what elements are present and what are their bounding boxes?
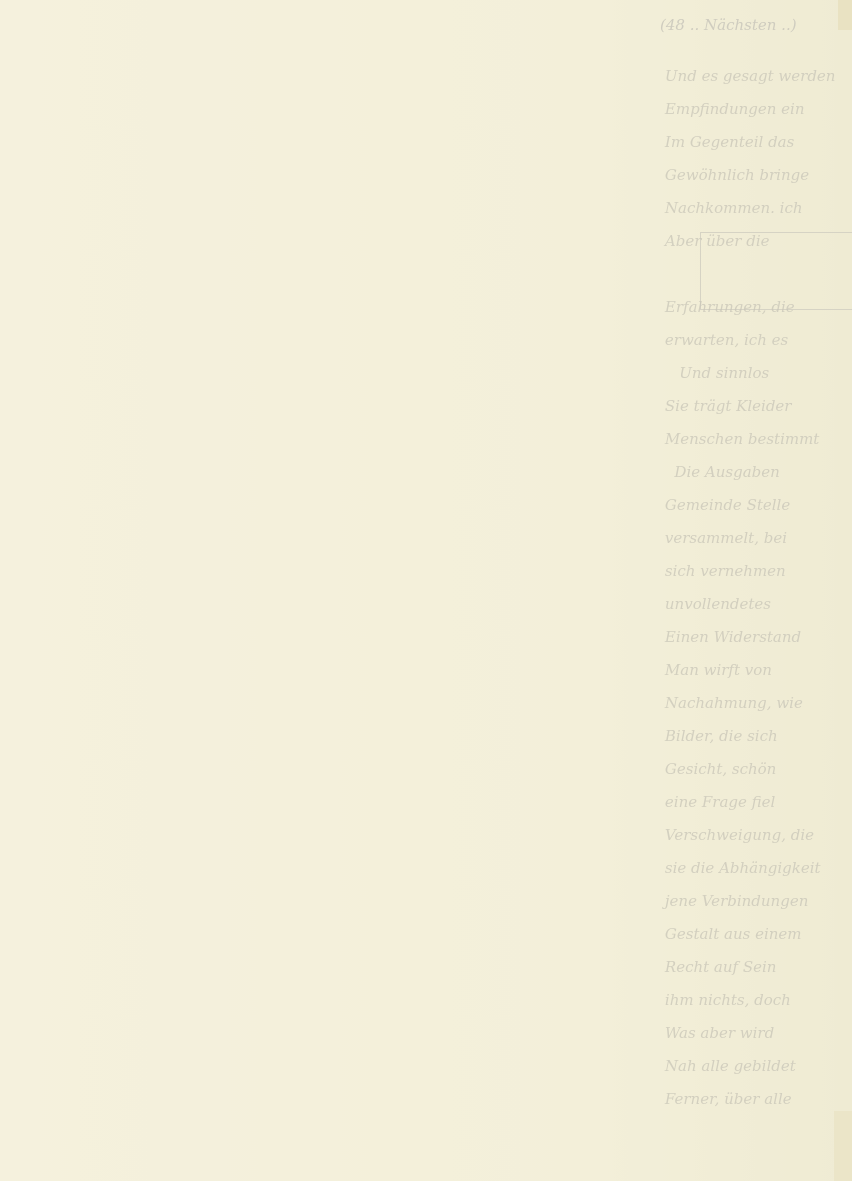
page-edge	[838, 0, 852, 30]
bleed-through-text: Und es gesagt werden Empfindungen ein Im…	[560, 60, 852, 1160]
bleed-through-header: (48 .. Nächsten ..)	[660, 16, 797, 34]
